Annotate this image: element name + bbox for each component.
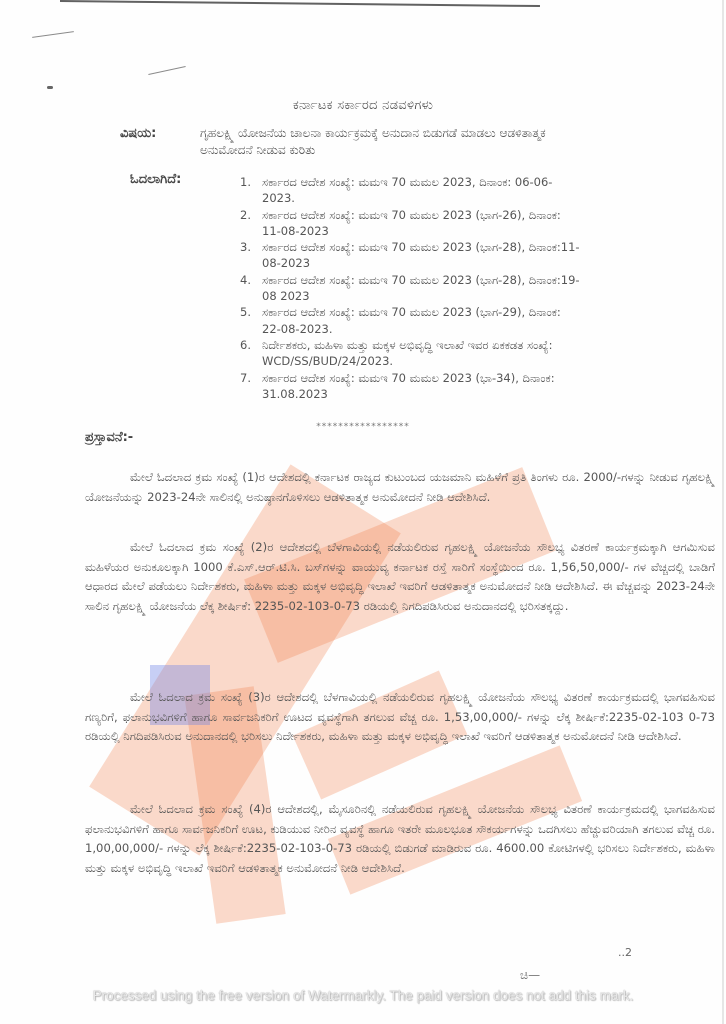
reference-item: 4.ಸರ್ಕಾರದ ಆದೇಶ ಸಂಖ್ಯೆ: ಮಮಇ 70 ಮಮಲ 2023 (… — [240, 272, 580, 305]
preamble-heading: ಪ್ರಸ್ತಾವನೆ:- — [85, 430, 133, 445]
watermark-notice: Processed using the free version of Wate… — [0, 988, 726, 1003]
scan-mark — [32, 31, 74, 38]
reference-item: 6.ನಿರ್ದೇಶಕರು, ಮಹಿಳಾ ಮತ್ತು ಮಕ್ಕಳ ಅಭಿವೃದ್ಧ… — [240, 337, 580, 370]
watermark-shape — [89, 464, 401, 855]
page-edge-shadow — [60, 0, 540, 7]
paragraph-3: ಮೇಲೆ ಓದಲಾದ ಕ್ರಮ ಸಂಖ್ಯೆ (3)ರ ಆದೇಶದಲ್ಲಿ ಬೆ… — [85, 688, 715, 747]
reference-item: 2.ಸರ್ಕಾರದ ಆದೇಶ ಸಂಖ್ಯೆ: ಮಮಇ 70 ಮಮಲ 2023 (… — [240, 207, 580, 240]
reference-item: 7.ಸರ್ಕಾರದ ಆದೇಶ ಸಂಖ್ಯೆ: ಮಮಇ 70 ಮಮಲ 2023 (… — [240, 370, 580, 403]
reference-item: 3.ಸರ್ಕಾರದ ಆದೇಶ ಸಂಖ್ಯೆ: ಮಮಇ 70 ಮಮಲ 2023 (… — [240, 239, 580, 272]
initials-signature: ಚಿ— — [520, 968, 540, 983]
reference-list: 1.ಸರ್ಕಾರದ ಆದೇಶ ಸಂಖ್ಯೆ: ಮಮಇ 70 ಮಮಲ 2023, … — [240, 174, 580, 402]
read-label: ಓದಲಾಗಿದೆ: — [130, 172, 181, 187]
paragraph-1: ಮೇಲೆ ಓದಲಾದ ಕ್ರಮ ಸಂಖ್ಯೆ (1)ರ ಆದೇಶದಲ್ಲಿ ಕರ… — [85, 468, 715, 507]
paragraph-4: ಮೇಲೆ ಓದಲಾದ ಕ್ರಮ ಸಂಖ್ಯೆ (4)ರ ಆದೇಶದಲ್ಲಿ, ಮ… — [85, 800, 715, 878]
document-page: ಕರ್ನಾಟಕ ಸರ್ಕಾರದ ನಡವಳಿಗಳು ವಿಷಯ: ಗೃಹಲಕ್ಷ್ಮ… — [0, 0, 726, 1024]
document-title: ಕರ್ನಾಟಕ ಸರ್ಕಾರದ ನಡವಳಿಗಳು — [0, 98, 726, 113]
page-edge-right — [722, 0, 724, 1024]
scan-mark — [47, 86, 53, 89]
subject-text: ಗೃಹಲಕ್ಷ್ಮಿ ಯೋಜನೆಯ ಚಾಲನಾ ಕಾರ್ಯಕ್ರಮಕ್ಕೆ ಅನ… — [200, 125, 600, 159]
page-continuation-marker: ..2 — [618, 946, 632, 959]
reference-item: 5.ಸರ್ಕಾರದ ಆದೇಶ ಸಂಖ್ಯೆ: ಮಮಇ 70 ಮಮಲ 2023 (… — [240, 304, 580, 337]
paragraph-2: ಮೇಲೆ ಓದಲಾದ ಕ್ರಮ ಸಂಖ್ಯೆ (2)ರ ಆದೇಶದಲ್ಲಿ ಬೆ… — [85, 538, 715, 616]
scan-mark — [148, 66, 185, 75]
reference-item: 1.ಸರ್ಕಾರದ ಆದೇಶ ಸಂಖ್ಯೆ: ಮಮಇ 70 ಮಮಲ 2023, … — [240, 174, 580, 207]
subject-label: ವಿಷಯ: — [120, 126, 156, 141]
